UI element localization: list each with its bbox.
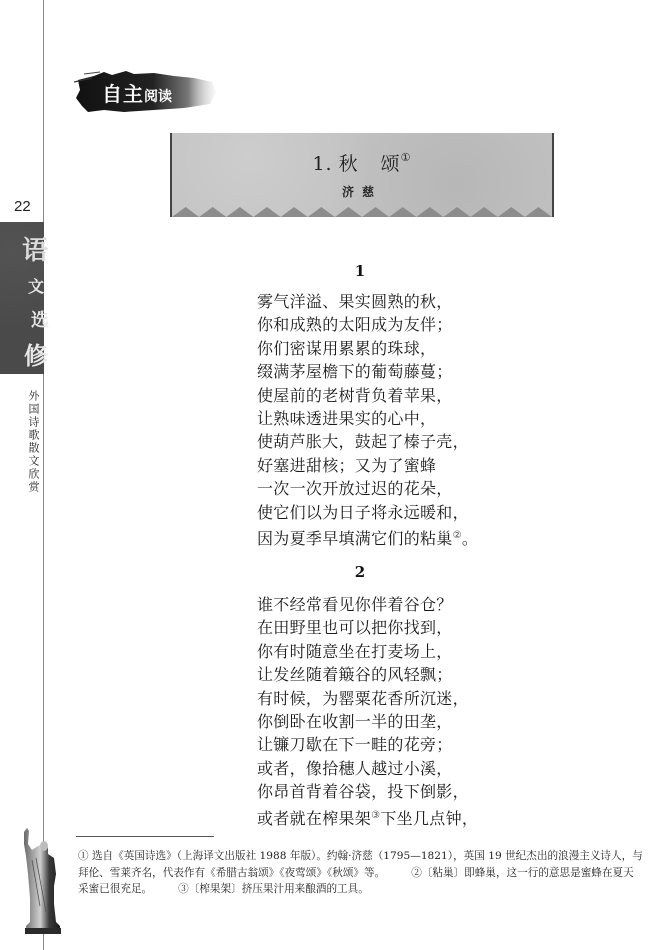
poem-line: 使葫芦胀大，鼓起了榛子壳， xyxy=(257,430,478,453)
banner-title: 自主阅读 xyxy=(102,78,172,107)
poem-line: 你和成熟的太阳成为友伴； xyxy=(257,313,478,336)
banner-title-sub: 阅读 xyxy=(144,89,172,105)
poem-line: 有时候，为罂粟花香所沉迷， xyxy=(257,687,478,710)
banner-title-main: 自主 xyxy=(102,82,144,106)
side-tab-char: 修 xyxy=(24,336,48,371)
footnote-line: 拜伦、雪莱齐名，代表作有《希腊古翁颂》《夜莺颂》《秋颂》等。②〔粘巢〕即蜂巢，这… xyxy=(78,865,638,882)
stanza-number: 2 xyxy=(350,563,370,581)
poem-line: 雾气洋溢、果实圆熟的秋， xyxy=(257,290,478,313)
poem-line: 一次一次开放过迟的花朵， xyxy=(257,477,478,500)
book-subtitle: 外国诗歌散文欣赏 xyxy=(26,390,40,494)
footnote-2: ②〔粘巢〕即蜂巢，这一行的意思是蜜蜂在夏天 xyxy=(411,867,633,879)
footnote-1: ① 选自《英国诗选》（上海译文出版社 1988 年版）。约翰·济慈（1795—1… xyxy=(78,848,638,865)
poem-title-char: 颂 xyxy=(381,153,401,175)
statue-illustration-icon xyxy=(18,826,66,936)
poem-number: 1. xyxy=(312,153,332,175)
stanza-2: 谁不经常看见你伴着谷仓？ 在田野里也可以把你找到， 你有时随意坐在打麦场上， 让… xyxy=(257,593,478,827)
poem-line: 缀满茅屋檐下的葡萄藤蔓； xyxy=(257,360,478,383)
poem-title-char: 秋 xyxy=(339,153,359,175)
poem-line: 让熟味透进果实的心中， xyxy=(257,407,478,430)
poem-line: 使它们以为日子将永远暖和， xyxy=(257,501,478,524)
footnotes: ① 选自《英国诗选》（上海译文出版社 1988 年版）。约翰·济慈（1795—1… xyxy=(78,848,638,898)
side-tab-char: 语 xyxy=(22,230,48,267)
stanza-1: 雾气洋溢、果实圆熟的秋， 你和成熟的太阳成为友伴； 你们密谋用累累的珠球， 缀满… xyxy=(257,290,478,547)
poem-line: 你昂首背着谷袋，投下倒影， xyxy=(257,780,478,803)
side-tab: 语 文 选 修 xyxy=(0,222,44,374)
poem-title-box: 1.秋颂① 济慈 xyxy=(170,133,554,217)
footnote-line: 采蜜已很充足。③〔榨果架〕挤压果汁用来酿酒的工具。 xyxy=(78,881,638,898)
poem-line: 或者，像拾穗人越过小溪， xyxy=(257,757,478,780)
side-tab-char: 选 xyxy=(31,306,49,332)
footnote-mark-3[interactable]: ③ xyxy=(371,810,380,821)
footnote-3: ③〔榨果架〕挤压果汁用来酿酒的工具。 xyxy=(178,883,369,895)
poem-line: 因为夏季早填满它们的粘巢②。 xyxy=(257,524,478,547)
poem-line: 让镰刀歇在下一畦的花旁； xyxy=(257,733,478,756)
poem-line: 或者就在榨果架③下坐几点钟， xyxy=(257,804,478,827)
footnote-mark-2[interactable]: ② xyxy=(453,530,462,541)
page-margin-rule xyxy=(43,0,44,950)
poem-line: 好塞进甜核；又为了蜜蜂 xyxy=(257,454,478,477)
poem-line: 让发丝随着簸谷的风轻飘； xyxy=(257,663,478,686)
poem-title: 1.秋颂① xyxy=(172,149,552,176)
poem-line: 你有时随意坐在打麦场上， xyxy=(257,640,478,663)
poem-line: 在田野里也可以把你找到， xyxy=(257,616,478,639)
poem-line: 你们密谋用累累的珠球， xyxy=(257,337,478,360)
poem-line: 使屋前的老树背负着苹果， xyxy=(257,384,478,407)
side-tab-char: 文 xyxy=(28,274,44,297)
footnote-mark-1[interactable]: ① xyxy=(401,151,412,164)
stanza-number: 1 xyxy=(350,262,370,280)
section-banner: 自主阅读 xyxy=(74,70,219,114)
poem-author: 济慈 xyxy=(172,183,552,200)
footnote-divider xyxy=(76,836,214,837)
poem-line: 谁不经常看见你伴着谷仓？ xyxy=(257,593,478,616)
zigzag-border-icon xyxy=(172,207,552,217)
page-number: 22 xyxy=(14,198,31,215)
poem-line: 你倒卧在收割一半的田垄， xyxy=(257,710,478,733)
